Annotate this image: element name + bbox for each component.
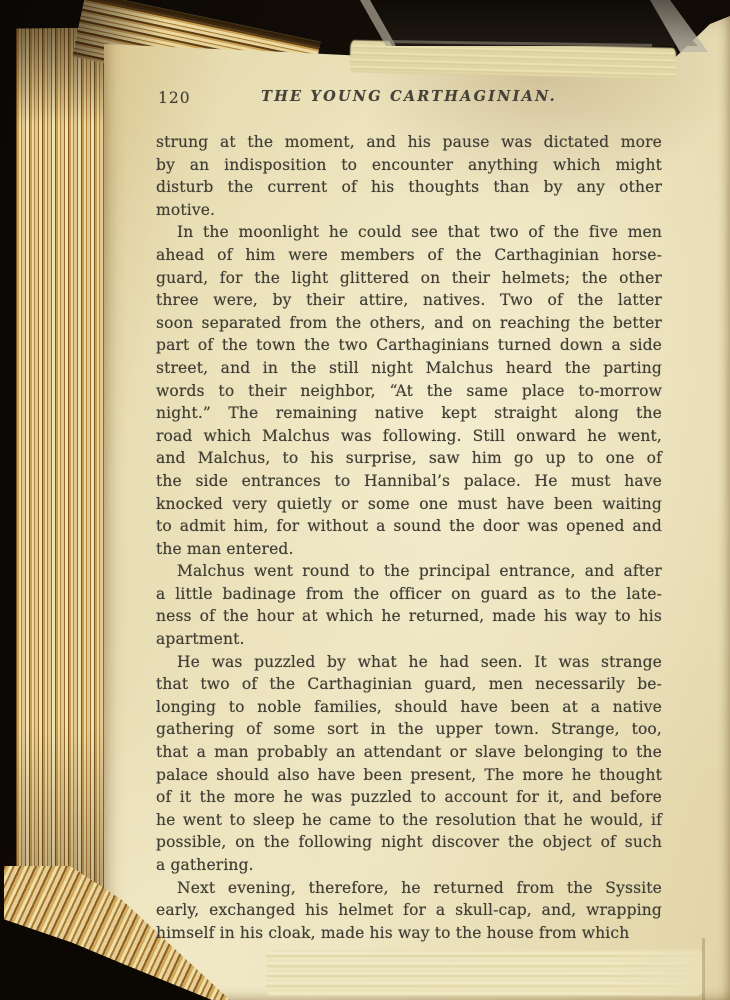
text-line: the side entrances to Hannibal’s palace.… — [156, 470, 662, 493]
text-line: that a man probably an attendant or slav… — [156, 741, 662, 764]
page-header: 120 THE YOUNG CARTHAGINIAN. — [156, 88, 662, 108]
page-number: 120 — [158, 89, 191, 107]
text-line: words to their neighbor, “At the same pl… — [156, 380, 662, 403]
text-line: ahead of him were members of the Carthag… — [156, 244, 662, 267]
text-line: and Malchus, to his surprise, saw him go… — [156, 447, 662, 470]
text-line: disturb the current of his thoughts than… — [156, 176, 662, 199]
text-line: gathering of some sort in the upper town… — [156, 718, 662, 741]
text-line: knocked very quietly or some one must ha… — [156, 493, 662, 516]
text-line: of it the more he was puzzled to account… — [156, 786, 662, 809]
text-line: road which Malchus was following. Still … — [156, 425, 662, 448]
text-line: Malchus went round to the principal entr… — [156, 560, 662, 583]
book-page-edges-left — [16, 27, 112, 1000]
text-line: Next evening, therefore, he returned fro… — [156, 877, 662, 900]
text-line: possible, on the following night discove… — [156, 831, 662, 854]
running-title: THE YOUNG CARTHAGINIAN. — [156, 88, 662, 105]
text-line: ness of the hour at which he returned, m… — [156, 605, 662, 628]
text-line: strung at the moment, and his pause was … — [156, 131, 662, 154]
text-line: motive. — [156, 199, 662, 222]
text-line: to admit him, for without a sound the do… — [156, 515, 662, 538]
text-line: a little badinage from the officer on gu… — [156, 583, 662, 606]
book-photo-scene: 120 THE YOUNG CARTHAGINIAN. strung at th… — [0, 0, 730, 1000]
paragraph: Next evening, therefore, he returned fro… — [156, 877, 662, 945]
text-line: that two of the Carthaginian guard, men … — [156, 673, 662, 696]
text-line: three were, by their attire, natives. Tw… — [156, 289, 662, 312]
text-block: strung at the moment, and his pause was … — [156, 131, 662, 944]
paragraph: strung at the moment, and his pause was … — [156, 131, 662, 221]
text-line: palace should also have been present, Th… — [156, 764, 662, 787]
paragraph: In the moonlight he could see that two o… — [156, 221, 662, 560]
text-line: apartment. — [156, 628, 662, 651]
text-line: guard, for the light glittered on their … — [156, 267, 662, 290]
text-line: part of the town the two Carthaginians t… — [156, 334, 662, 357]
text-line: he went to sleep he came to the resoluti… — [156, 809, 662, 832]
text-line: street, and in the still night Malchus h… — [156, 357, 662, 380]
text-line: night.” The remaining native kept straig… — [156, 402, 662, 425]
text-line: longing to noble families, should have b… — [156, 696, 662, 719]
text-line: In the moonlight he could see that two o… — [156, 221, 662, 244]
page-fore-edge-bottom-band — [266, 950, 704, 996]
text-line: himself in his cloak, made his way to th… — [156, 922, 662, 945]
page-right-edge-line — [702, 938, 705, 1000]
page-content: 120 THE YOUNG CARTHAGINIAN. strung at th… — [156, 88, 662, 944]
text-line: soon separated from the others, and on r… — [156, 312, 662, 335]
paragraph: Malchus went round to the principal entr… — [156, 560, 662, 650]
text-line: a gathering. — [156, 854, 662, 877]
paragraph: He was puzzled by what he had seen. It w… — [156, 651, 662, 877]
text-line: early, exchanged his helmet for a skull-… — [156, 899, 662, 922]
text-line: by an indisposition to encounter anythin… — [156, 154, 662, 177]
text-line: the man entered. — [156, 538, 662, 561]
text-line: He was puzzled by what he had seen. It w… — [156, 651, 662, 674]
